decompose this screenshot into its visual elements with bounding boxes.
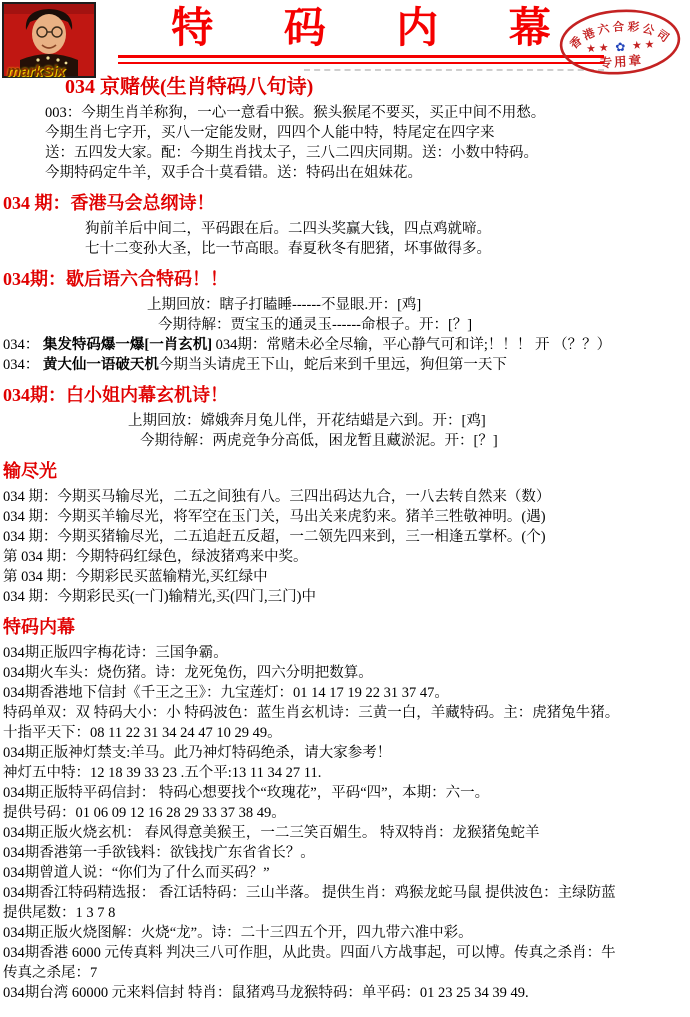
tip-line: 034期曾道人说：“你们为了什么而买码？”	[0, 863, 690, 883]
poem-line: 狗前羊后中间二，平码跟在后。二四头奖赢大钱，四点鸡就啼。	[0, 219, 690, 239]
row-bold-label: 集发特码爆一爆[一肖玄机]	[43, 337, 212, 353]
tip-line: 十指平天下：08 11 22 31 34 24 47 10 29 49。	[0, 723, 690, 743]
tip-line: 传真之杀尾：7	[0, 963, 690, 983]
tip-line: 提供号码：01 06 09 12 16 28 29 33 37 38 49。	[0, 803, 690, 823]
hint-row: 034： 黄大仙一语破天机今期当头请虎王下山，蛇后来到千里远，狗但第一天下	[0, 355, 690, 375]
photo-watermark: markSix	[7, 63, 65, 80]
tip-line: 034 期：今期买马输尽光，二五之间独有八。三四出码达九合，一八去转自然来（数）	[0, 487, 690, 507]
seal-stars-right: ★ ★	[632, 39, 655, 53]
tip-line: 特码单双：双 特码大小：小 特码波色：蓝生肖玄机诗：三黄一白，羊藏特码。主：虎猪…	[0, 703, 690, 723]
poem-line: 七十二变孙大圣，比一节高眼。春夏秋冬有肥猪，坏事做得多。	[0, 239, 690, 259]
section-heading-jingduxia: 034 京赌侠(生肖特码八句诗)	[65, 75, 690, 99]
tip-line: 034期正版火烧图解：火烧“龙”。诗：二十三四五个开，四九带六准中彩。	[0, 923, 690, 943]
title-underline	[118, 55, 604, 64]
tip-line: 034期台湾 60000 元来料信封 特肖：鼠猪鸡马龙猴特码：单平码：01 23…	[0, 983, 690, 1003]
tip-line: 034 期：今期彩民买(一门)输精光,买(四门,三门)中	[0, 587, 690, 607]
tip-line: 034期火车头：烧伤猪。诗：龙死兔伤，四六分明把数算。	[0, 663, 690, 683]
poem-line: 上期回放：瞎子打瞌睡------不显眼.开：[鸡]	[0, 295, 690, 315]
hint-row: 034： 集发特码爆一爆[一肖玄机] 034期：常赌未必全尽输，平心静气可和详;…	[0, 335, 690, 355]
poem-line: 今期待解：贾宝玉的通灵玉------命根子。开：[？]	[0, 315, 690, 335]
tip-line: 034 期：今期买羊输尽光，将军空在玉门关，马出关来虎豹来。猪羊三牲敬神明。(遇…	[0, 507, 690, 527]
tip-sheet-page: markSix 香港六合彩公司 ★ ★ ✿ ★ ★ 专用章 特 码 内 幕 03…	[0, 0, 690, 1017]
tip-line: 神灯五中特：12 18 39 33 23 .五个平:13 11 34 27 11…	[0, 763, 690, 783]
poem-line: 今期生肖七字开，买八一定能发财，四四个人能中特，特尾定在四字来	[0, 123, 690, 143]
tip-line: 034 期：今期买猪输尽光，二五追赶五反超，一二领先四来到，三一相逢五掌杯。(个…	[0, 527, 690, 547]
poem-line: 今期待解：两虎竞争分高低，困龙暂且藏淤泥。开：[？]	[0, 431, 690, 451]
poem-line: 送：五四发大家。配：今期生肖找太子，三八二四庆同期。送：小数中特码。	[0, 143, 690, 163]
tip-line: 第 034 期：今期彩民买蓝输精光,买红绿中	[0, 567, 690, 587]
tip-line: 034期正版四字梅花诗：三国争霸。	[0, 643, 690, 663]
tip-line: 第 034 期：今期特码红绿色，绿波猪鸡来中奖。	[0, 547, 690, 567]
seal-stars-left: ★ ★	[586, 42, 609, 56]
row-text: 今期当头请虎王下山，蛇后来到千里远，狗但第一天下	[159, 357, 507, 373]
tip-line: 034期正版神灯禁支:羊马。此乃神灯特码绝杀，请大家参考！	[0, 743, 690, 763]
tip-line: 034期香港地下信封《千王之王》：九宝莲灯：01 14 17 19 22 31 …	[0, 683, 690, 703]
tip-line: 034期正版特平码信封： 特码心想要找个“玫瑰花”，平码“四”，本期：六一。	[0, 783, 690, 803]
company-seal: 香港六合彩公司 ★ ★ ✿ ★ ★ 专用章	[556, 6, 684, 78]
masthead-photo: markSix	[2, 2, 96, 78]
section-heading-xiehouyu: 034期：歇后语六合特码！！	[3, 268, 690, 290]
section-heading-baixiaojie: 034期：白小姐内幕玄机诗！	[3, 384, 690, 406]
seal-flower-icon: ✿	[615, 40, 626, 55]
tip-line: 034期正版火烧玄机： 春风得意美猴王，一二三笑百媚生。 特双特肖：龙猴猪兔蛇羊	[0, 823, 690, 843]
row-bold-label: 黄大仙一语破天机	[43, 357, 159, 373]
poem-line: 003：今期生肖羊称狗，一心一意看中猴。猴头猴尾不要买，买正中间不用愁。	[0, 103, 690, 123]
section-heading-temaneimu: 特码内幕	[3, 616, 690, 638]
row-text: 034期：常赌未必全尽输，平心静气可和详;！！！ 开 （？？）	[212, 337, 611, 353]
poem-line: 上期回放：嫦娥奔月兔儿伴，开花结蜡是六到。开：[鸡]	[0, 411, 690, 431]
section-heading-shujinguang: 输尽光	[3, 460, 690, 482]
tip-line: 034期香江特码精选报： 香江话特码：三山半落。 提供生肖：鸡猴龙蛇马鼠 提供波…	[0, 883, 690, 903]
tip-line: 034期香港第一手欲钱料：欲钱找广东省省长？。	[0, 843, 690, 863]
tip-line: 034期香港 6000 元传真料 判决三八可作胆，从此贵。四面八方战事起，可以博…	[0, 943, 690, 963]
masthead-title-block: 特 码 内 幕	[118, 6, 604, 71]
poem-line: 今期特码定牛羊，双手合十莫看错。送：特码出在姐妹花。	[0, 163, 690, 183]
row-prefix: 034：	[3, 337, 43, 353]
seal-label: 专用章	[599, 52, 643, 70]
row-prefix: 034：	[3, 357, 43, 373]
page-title: 特 码 内 幕	[118, 6, 604, 52]
tip-line: 提供尾数：1 3 7 8	[0, 903, 690, 923]
section-heading-zonggangshi: 034 期：香港马会总纲诗！	[3, 192, 690, 214]
